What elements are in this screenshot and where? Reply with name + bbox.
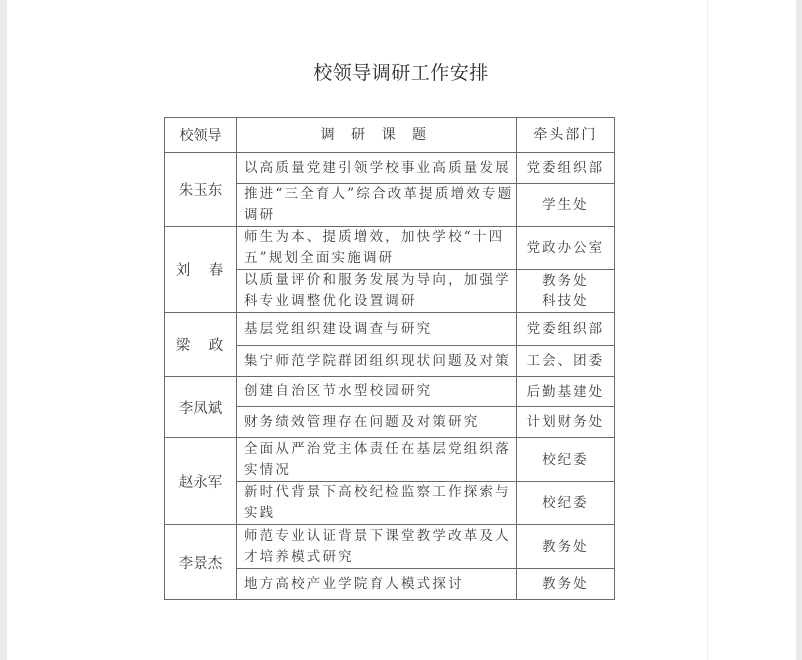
leader-cell: 赵永军 bbox=[165, 438, 237, 525]
topic-cell: 以质量评价和服务发展为导向，加强学科专业调整优化设置调研 bbox=[236, 270, 516, 313]
dept-line: 教务处 bbox=[517, 271, 614, 291]
header-dept: 牵头部门 bbox=[516, 118, 614, 153]
dept-cell: 学生处 bbox=[516, 184, 614, 227]
topic-cell: 集宁师范学院群团组织现状问题及对策 bbox=[236, 346, 516, 377]
topic-cell: 创建自治区节水型校园研究 bbox=[236, 377, 516, 407]
document-title: 校领导调研工作安排 bbox=[0, 58, 802, 85]
topic-cell: 财务绩效管理存在问题及对策研究 bbox=[236, 407, 516, 438]
table-row: 赵永军 全面从严治党主体责任在基层党组织落实情况 校纪委 bbox=[165, 438, 615, 482]
table-row: 刘 春 师生为本、提质增效，加快学校“十四五”规划全面实施调研 党政办公室 bbox=[165, 227, 615, 270]
leader-cell: 李凤斌 bbox=[165, 377, 237, 438]
schedule-table: 校领导 调 研 课 题 牵头部门 朱玉东 以高质量党建引领学校事业高质量发展 党… bbox=[164, 117, 615, 600]
table-row: 李凤斌 创建自治区节水型校园研究 后勤基建处 bbox=[165, 377, 615, 407]
topic-cell: 基层党组织建设调查与研究 bbox=[236, 313, 516, 346]
table-row: 朱玉东 以高质量党建引领学校事业高质量发展 党委组织部 bbox=[165, 153, 615, 184]
topic-cell: 地方高校产业学院育人模式探讨 bbox=[236, 569, 516, 600]
topic-cell: 师生为本、提质增效，加快学校“十四五”规划全面实施调研 bbox=[236, 227, 516, 270]
topic-cell: 全面从严治党主体责任在基层党组织落实情况 bbox=[236, 438, 516, 482]
topic-cell: 以高质量党建引领学校事业高质量发展 bbox=[236, 153, 516, 184]
dept-cell: 党委组织部 bbox=[516, 153, 614, 184]
dept-cell: 校纪委 bbox=[516, 438, 614, 482]
leader-cell: 朱玉东 bbox=[165, 153, 237, 227]
topic-cell: 新时代背景下高校纪检监察工作探索与实践 bbox=[236, 482, 516, 525]
dept-cell: 党委组织部 bbox=[516, 313, 614, 346]
dept-line: 科技处 bbox=[517, 291, 614, 311]
leader-cell: 梁 政 bbox=[165, 313, 237, 377]
leader-cell: 刘 春 bbox=[165, 227, 237, 313]
topic-cell: 推进“三全育人”综合改革提质增效专题调研 bbox=[236, 184, 516, 227]
table-row: 李景杰 师范专业认证背景下课堂教学改革及人才培养模式研究 教务处 bbox=[165, 525, 615, 569]
table-header-row: 校领导 调 研 课 题 牵头部门 bbox=[165, 118, 615, 153]
dept-cell: 党政办公室 bbox=[516, 227, 614, 270]
header-leader: 校领导 bbox=[165, 118, 237, 153]
dept-cell: 教务处 bbox=[516, 569, 614, 600]
topic-cell: 师范专业认证背景下课堂教学改革及人才培养模式研究 bbox=[236, 525, 516, 569]
dept-cell: 工会、团委 bbox=[516, 346, 614, 377]
dept-cell: 教务处 bbox=[516, 525, 614, 569]
page-edge-divider bbox=[707, 0, 708, 660]
table-row: 梁 政 基层党组织建设调查与研究 党委组织部 bbox=[165, 313, 615, 346]
header-topic: 调 研 课 题 bbox=[236, 118, 516, 153]
dept-cell: 教务处 科技处 bbox=[516, 270, 614, 313]
dept-cell: 计划财务处 bbox=[516, 407, 614, 438]
dept-cell: 后勤基建处 bbox=[516, 377, 614, 407]
dept-cell: 校纪委 bbox=[516, 482, 614, 525]
leader-cell: 李景杰 bbox=[165, 525, 237, 600]
